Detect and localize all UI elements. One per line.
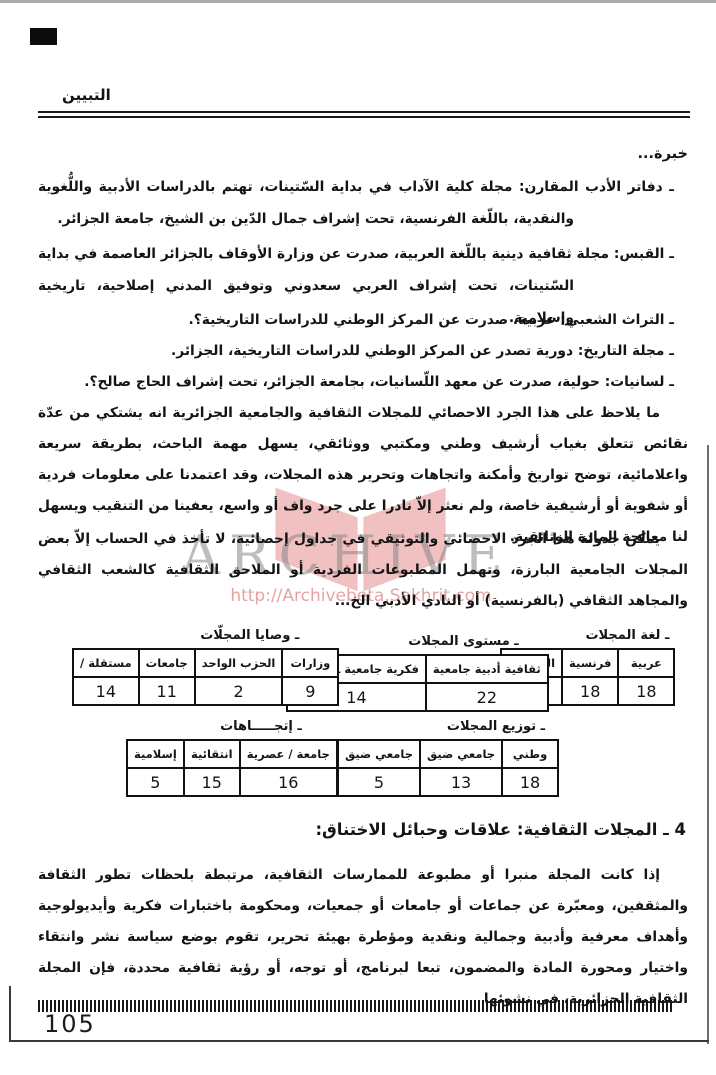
table-value-cell: 2	[195, 677, 283, 705]
distribution-table: وطني جامعي ضيق جامعي ضيق 18 13 5	[337, 739, 559, 797]
table-value-cell: 5	[338, 768, 420, 796]
header-rule	[38, 111, 690, 118]
list-item: ـ لسانيات: حولية، صدرت عن معهد اللّسانيا…	[38, 366, 688, 398]
scan-edge-right	[707, 445, 709, 1044]
body-paragraph: يمكن جدولة هذا الجرد الاحصائي والتوثيقي …	[38, 524, 688, 617]
table-header-cell: جامعي ضيق	[420, 740, 502, 768]
table-header-cell: انتقائية	[184, 740, 240, 768]
journal-title: التبيين	[62, 86, 111, 104]
table-value-cell: 13	[420, 768, 502, 796]
scan-mark	[30, 28, 57, 45]
list-item: ـ دفاتر الأدب المقارن: مجلة كلية الآداب …	[38, 171, 688, 235]
table-value-cell: 22	[426, 683, 548, 711]
table-header-cell: جامعي ضيق	[338, 740, 420, 768]
table-value-cell: 16	[240, 768, 337, 796]
table-value-cell: 18	[618, 677, 674, 705]
list-item: ـ التراث الشعبي: عربية، صدرت عن المركز ا…	[38, 304, 688, 336]
table-group-distribution: ـ توزيع المجلات وطني جامعي ضيق جامعي ضيق…	[337, 719, 559, 797]
scan-edge-bottom	[9, 1040, 709, 1042]
scan-edge-top	[0, 0, 716, 3]
body-paragraph: إذا كانت المجلة منبرا أو مطبوعة للممارسا…	[38, 860, 688, 1015]
table-value-cell: 11	[139, 677, 195, 705]
table-header-cell: فرنسية	[562, 649, 618, 677]
table-value-cell: 18	[502, 768, 558, 796]
table-header-cell: عربية	[618, 649, 674, 677]
table-header-cell: ثقافية أدبية جامعية	[426, 655, 548, 683]
intro-text: خبرة...	[638, 146, 688, 162]
section-heading: 4 ـ المجلات الثقافية: علاقات وحبائل الاخ…	[315, 820, 686, 839]
table-title: ـ إتجـــــاهات	[126, 719, 338, 734]
table-header-cell: جامعة / عصرية	[240, 740, 337, 768]
scanned-document-page: التبيين خبرة... ـ دفاتر الأدب المقارن: م…	[0, 0, 716, 1075]
table-title: ـ وصايا المجلّات	[72, 628, 339, 643]
table-header-cell: وزارات	[282, 649, 338, 677]
table-value-cell: 5	[127, 768, 184, 796]
list-item: ـ مجلة التاريخ: دورية تصدر عن المركز الو…	[38, 335, 688, 367]
table-group-orientations: ـ إتجـــــاهات جامعة / عصرية انتقائية إس…	[126, 719, 338, 797]
table-header-cell: مستقلة /	[73, 649, 139, 677]
table-header-cell: جامعات	[139, 649, 195, 677]
tutelage-table: وزارات الحزب الواحد جامعات مستقلة / 9 2 …	[72, 648, 339, 706]
table-value-cell: 14	[73, 677, 139, 705]
scan-edge-left	[9, 986, 11, 1042]
table-header-cell: الحزب الواحد	[195, 649, 283, 677]
orientations-table: جامعة / عصرية انتقائية إسلامية 16 15 5	[126, 739, 338, 797]
table-value-cell: 9	[282, 677, 338, 705]
table-header-cell: وطني	[502, 740, 558, 768]
table-value-cell: 15	[184, 768, 240, 796]
table-value-cell: 18	[562, 677, 618, 705]
table-group-tutelage: ـ وصايا المجلّات وزارات الحزب الواحد جام…	[72, 628, 339, 706]
table-title: ـ توزيع المجلات	[337, 719, 559, 734]
table-header-cell: إسلامية	[127, 740, 184, 768]
